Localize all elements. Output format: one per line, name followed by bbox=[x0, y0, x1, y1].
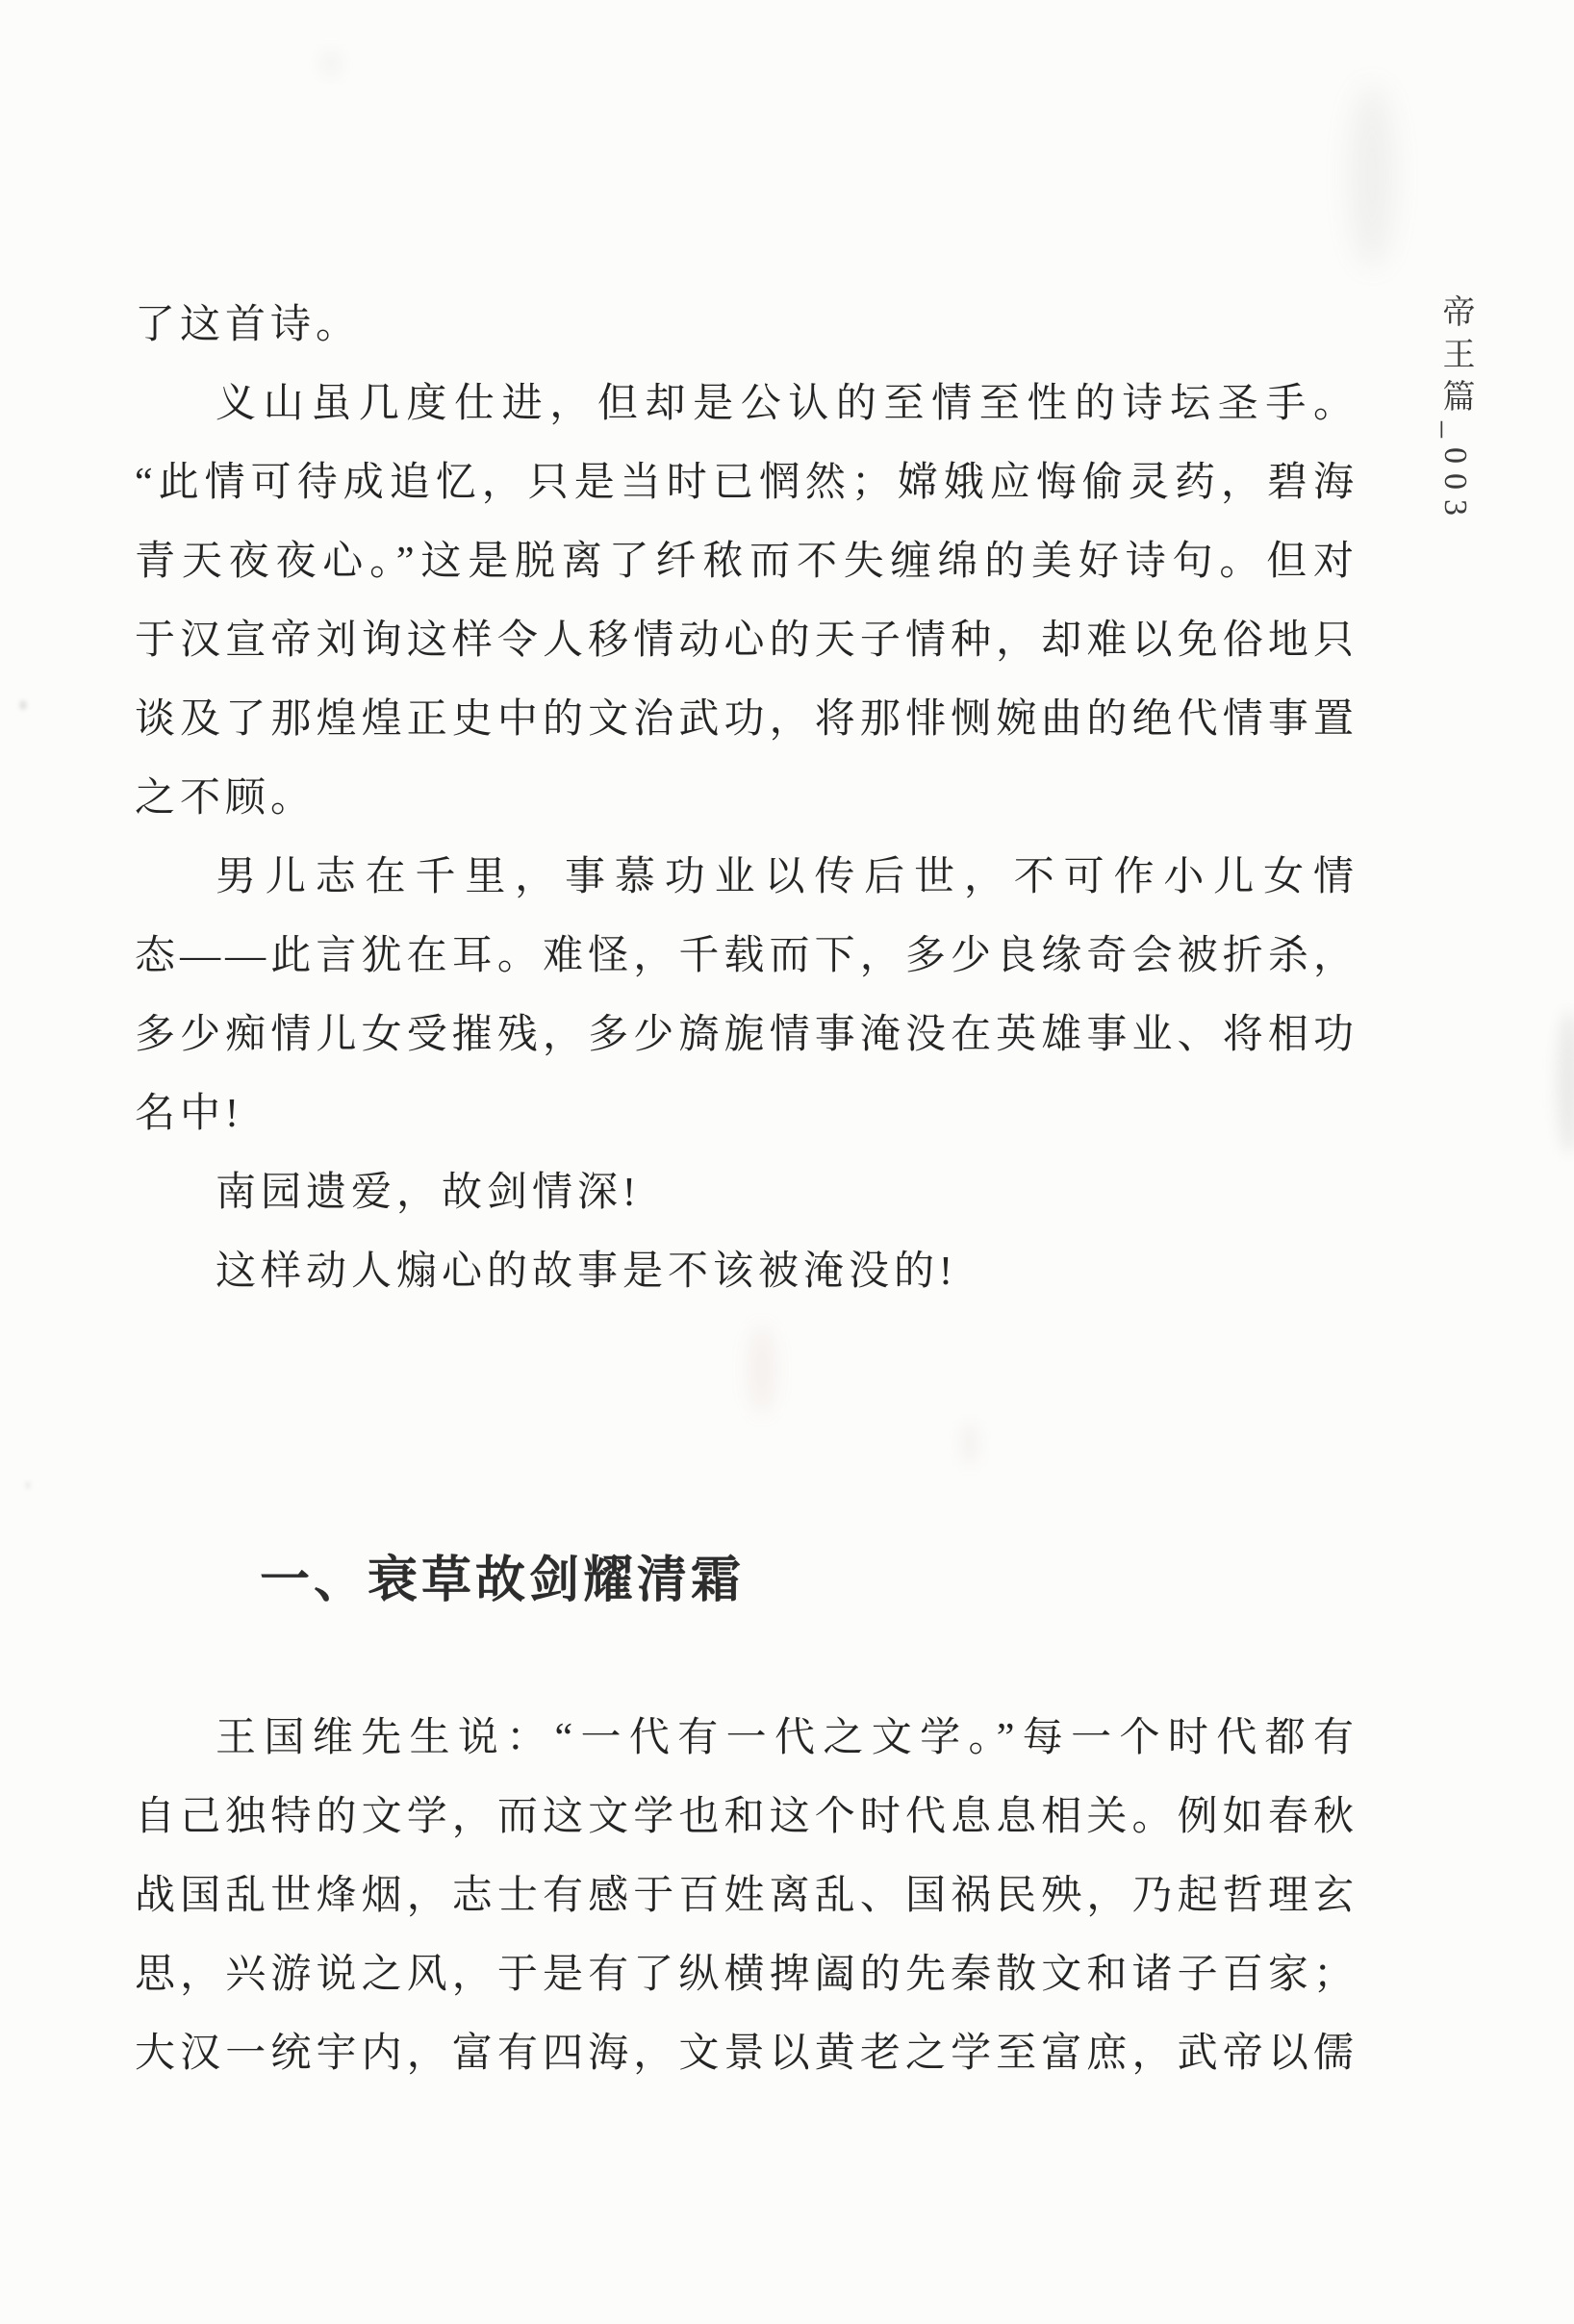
page-margin-label: 帝王篇_003 bbox=[1432, 294, 1479, 602]
text-line: 谈及了那煌煌正史中的文治武功，将那悱恻婉曲的绝代情事置 bbox=[135, 680, 1358, 759]
scan-artifact bbox=[1557, 1010, 1574, 1154]
text-line: 男儿志在千里，事慕功业以传后世，不可作小儿女情 bbox=[135, 838, 1358, 917]
text-line: 战国乱世烽烟，志士有感于百姓离乱、国祸民殃，乃起哲理玄 bbox=[135, 1857, 1358, 1935]
text-line: 态——此言犹在耳。难怪，千载而下，多少良缘奇会被折杀， bbox=[135, 917, 1358, 996]
text-line: 王国维先生说：“一代有一代之文学。”每一个时代都有 bbox=[135, 1699, 1358, 1778]
text-line: 思，兴游说之风，于是有了纵横捭阖的先秦散文和诸子百家； bbox=[135, 1935, 1358, 2014]
scan-artifact bbox=[19, 700, 27, 710]
text-line: 义山虽几度仕进，但却是公认的至情至性的诗坛圣手。 bbox=[135, 365, 1358, 443]
section-heading: 一、衰草故剑耀清霜 bbox=[260, 1547, 1358, 1614]
text-line: 于汉宣帝刘询这样令人移情动心的天子情种，却难以免俗地只 bbox=[135, 601, 1358, 680]
text-line: 这样动人煽心的故事是不该被淹没的! bbox=[135, 1232, 1358, 1311]
book-page: 帝王篇_003 了这首诗。 义山虽几度仕进，但却是公认的至情至性的诗坛圣手。 “… bbox=[0, 0, 1574, 2324]
text-column: 了这首诗。 义山虽几度仕进，但却是公认的至情至性的诗坛圣手。 “此情可待成追忆，… bbox=[135, 286, 1358, 2093]
text-line: 青天夜夜心。”这是脱离了纤秾而不失缠绵的美好诗句。但对 bbox=[135, 522, 1358, 601]
paragraph: 男儿志在千里，事慕功业以传后世，不可作小儿女情 态——此言犹在耳。难怪，千载而下… bbox=[135, 838, 1358, 1311]
text-line: 大汉一统宇内，富有四海，文景以黄老之学至富庶，武帝以儒 bbox=[135, 2014, 1358, 2093]
text-line: “此情可待成追忆，只是当时已惘然；嫦娥应悔偷灵药，碧海 bbox=[135, 443, 1358, 522]
text-line: 南园遗爱，故剑情深! bbox=[135, 1153, 1358, 1232]
text-line: 之不顾。 bbox=[135, 759, 1358, 838]
scan-artifact bbox=[1349, 85, 1395, 267]
paragraph: 了这首诗。 义山虽几度仕进，但却是公认的至情至性的诗坛圣手。 “此情可待成追忆，… bbox=[135, 286, 1358, 838]
text-line: 自己独特的文学，而这文学也和这个时代息息相关。例如春秋 bbox=[135, 1778, 1358, 1857]
paragraph: 王国维先生说：“一代有一代之文学。”每一个时代都有 自己独特的文学，而这文学也和… bbox=[135, 1699, 1358, 2093]
scan-artifact bbox=[25, 1481, 31, 1489]
scan-artifact bbox=[319, 50, 343, 77]
text-line: 多少痴情儿女受摧残，多少旖旎情事淹没在英雄事业、将相功 bbox=[135, 996, 1358, 1074]
text-line: 了这首诗。 bbox=[135, 286, 1358, 365]
text-line: 名中! bbox=[135, 1074, 1358, 1153]
